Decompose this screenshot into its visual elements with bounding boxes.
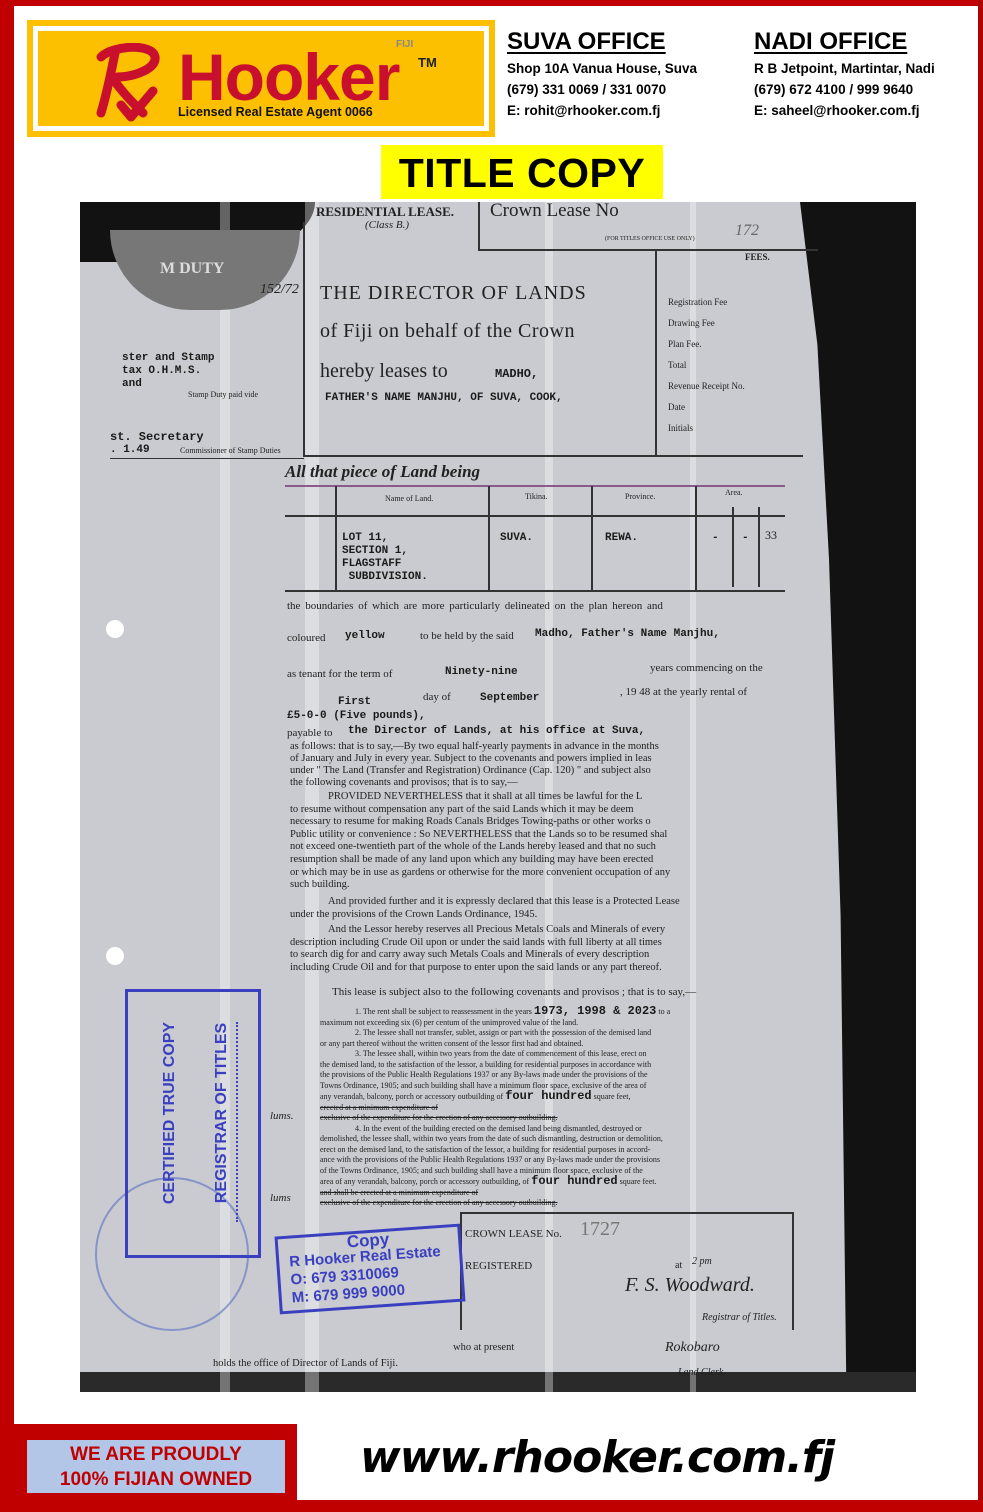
land-name-cell: LOT 11, SECTION 1, FLAGSTAFF SUBDIVISION… [342, 532, 428, 584]
commissioner-label: Commissioner of Stamp Duties [180, 446, 281, 455]
stamp-text: ster and Stamp tax O.H.M.S. and [122, 352, 214, 391]
website-link[interactable]: www.rhooker.com.fj [360, 1432, 834, 1483]
lease-type: RESIDENTIAL LEASE. [316, 204, 454, 220]
minerals-clause: And the Lessor hereby reserves all Preci… [290, 924, 665, 974]
registrar-role: Registrar of Titles. [702, 1312, 777, 1323]
license-text: Licensed Real Estate Agent 0066 [178, 105, 373, 119]
payment-terms: as follows: that is to say,—By two equal… [290, 741, 659, 789]
fee-item: Date [668, 397, 745, 418]
trademark-mark: TM [418, 55, 437, 70]
area-p-cell: 33 [765, 528, 777, 543]
grantor-line-2: of Fiji on behalf of the Crown [320, 320, 575, 343]
office-phone[interactable]: (679) 331 0069 / 331 0070 [507, 79, 697, 100]
doc-fill: Madho, Father's Name Manjhu, [535, 628, 720, 640]
table-header: Tikina. [525, 492, 548, 501]
doc-fill: the Director of Lands, at his office at … [348, 725, 645, 737]
margin-initials: lums. [270, 1110, 294, 1122]
grantor-line-1: THE DIRECTOR OF LANDS [320, 282, 587, 305]
protected-lease-clause: And provided further and it is expressly… [290, 896, 680, 921]
doc-line: the boundaries of which are more particu… [287, 600, 663, 612]
office-phone[interactable]: (679) 672 4100 / 999 9640 [754, 79, 935, 100]
doc-fill: Ninety-nine [445, 666, 518, 678]
office-email[interactable]: E: saheel@rhooker.com.fj [754, 100, 935, 121]
office-email[interactable]: E: rohit@rhooker.com.fj [507, 100, 697, 121]
owned-line-1: WE ARE PROUDLY [27, 1442, 285, 1467]
divider [488, 486, 490, 590]
land-clerk-role: Land Clerk. [678, 1367, 726, 1378]
divider [478, 249, 818, 251]
divider [732, 507, 734, 587]
fee-item: Revenue Receipt No. [668, 376, 745, 397]
certified-true-copy-stamp: CERTIFIED TRUE COPY REGISTRAR OF TITLES [125, 989, 261, 1258]
brand-country-tag: FIJI [396, 39, 413, 50]
office-address: Shop 10A Vanua House, Suva [507, 58, 697, 79]
area-r-cell: - [742, 532, 749, 544]
doc-line: years commencing on the [650, 662, 763, 674]
registered-at: at [675, 1260, 682, 1271]
divider [110, 458, 304, 459]
doc-line: day of [423, 691, 451, 703]
table-header: Area. [725, 488, 743, 497]
covenants-list: 1. The rent shall be subject to reassess… [320, 1006, 670, 1209]
divider [285, 485, 785, 487]
doc-line: coloured [287, 632, 325, 644]
signature-line [236, 1022, 238, 1222]
land-province-cell: REWA. [605, 532, 638, 544]
registration-lease-number: 1727 [580, 1218, 620, 1241]
divider [695, 486, 697, 590]
doc-fill: yellow [345, 630, 385, 642]
punch-hole [106, 947, 124, 965]
office-title: SUVA OFFICE [507, 26, 697, 58]
doc-line: , 19 48 at the yearly rental of [620, 686, 747, 698]
crown-lease-label: Crown Lease No [490, 202, 619, 222]
land-tikina-cell: SUVA. [500, 532, 533, 544]
doc-fill: September [480, 692, 539, 704]
scan-shadow-right [800, 202, 916, 1392]
fees-title: FEES. [745, 252, 770, 262]
frame-bottom-border [0, 1500, 983, 1512]
divider [303, 222, 305, 457]
stamp-paid-text: Stamp Duty paid vide [188, 390, 258, 399]
proviso-clause: PROVIDED NEVERTHELESS that it shall at a… [290, 791, 670, 892]
doc-fill: £5-0-0 (Five pounds), [287, 710, 426, 722]
rhooker-logo: Hooker FIJI TM Licensed Real Estate Agen… [27, 20, 495, 137]
fees-list: Registration Fee Drawing Fee Plan Fee. T… [668, 292, 745, 439]
divider [285, 515, 785, 517]
office-title: NADI OFFICE [754, 26, 935, 58]
doc-line: payable to [287, 727, 333, 739]
fee-item: Total [668, 355, 745, 376]
stamp-duty-seal: M DUTY [110, 230, 300, 310]
divider [335, 486, 337, 590]
divider [758, 507, 760, 587]
punch-hole [106, 620, 124, 638]
frame-right-border [978, 0, 983, 1512]
divider [591, 486, 593, 590]
crown-lease-number: 172 [735, 222, 759, 240]
registered-label: REGISTERED [465, 1260, 532, 1272]
doc-fill: First [338, 696, 371, 708]
lease-class: (Class B.) [365, 219, 409, 231]
fee-item: Drawing Fee [668, 313, 745, 334]
witness-text-2: holds the office of Director of Lands of… [213, 1358, 398, 1369]
margin-initials: lums [270, 1192, 291, 1204]
fee-item: Plan Fee. [668, 334, 745, 355]
land-clerk-signature: Rokobaro [665, 1340, 720, 1356]
doc-line: to be held by the said [420, 630, 514, 642]
table-header: Name of Land. [385, 494, 433, 503]
owned-line-2: 100% FIJIAN OWNED [27, 1467, 285, 1492]
rhooker-copy-stamp: Copy R Hooker Real Estate O: 679 3310069… [275, 1224, 466, 1315]
secretary-ref: . 1.49 [110, 444, 150, 456]
covenants-intro: This lease is subject also to the follow… [332, 986, 696, 998]
scan-shadow-bottom [80, 1372, 916, 1392]
witness-text: who at present [453, 1342, 514, 1353]
office-address: R B Jetpoint, Martintar, Nadi [754, 58, 935, 79]
doc-line: as tenant for the term of [287, 668, 392, 680]
area-a-cell: - [712, 532, 719, 544]
fee-item: Registration Fee [668, 292, 745, 313]
registered-time: 2 pm [692, 1256, 712, 1267]
divider [303, 455, 803, 457]
divider [285, 590, 785, 592]
land-heading: All that piece of Land being [285, 462, 480, 482]
grantor-line-3: hereby leases to [320, 360, 448, 383]
title-copy-banner: TITLE COPY [381, 145, 663, 199]
secretary-label: st. Secretary [110, 430, 204, 444]
registrar-signature: F. S. Woodward. [625, 1274, 755, 1297]
nadi-office: NADI OFFICE R B Jetpoint, Martintar, Nad… [754, 26, 935, 121]
table-header: Province. [625, 492, 655, 501]
lessee-detail: FATHER'S NAME MANJHU, OF SUVA, COOK, [325, 392, 563, 404]
divider [478, 202, 480, 250]
suva-office: SUVA OFFICE Shop 10A Vanua House, Suva (… [507, 26, 697, 121]
title-document-scan: M DUTY 152/72 ster and Stamp tax O.H.M.S… [80, 202, 916, 1392]
divider [655, 250, 657, 455]
stamp-ref: 152/72 [260, 282, 299, 298]
crown-lease-note: (FOR TITLES OFFICE USE ONLY) [605, 236, 695, 242]
registration-lease-label: CROWN LEASE No. [465, 1228, 562, 1240]
fijian-owned-badge: WE ARE PROUDLY 100% FIJIAN OWNED [27, 1440, 285, 1493]
fee-item: Initials [668, 418, 745, 439]
rx-monogram-icon [93, 43, 163, 125]
lessee-name: MADHO, [495, 367, 538, 381]
